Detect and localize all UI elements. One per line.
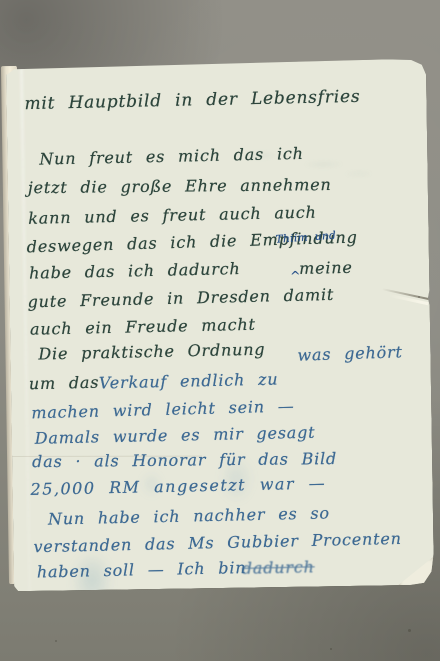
caret-insertion-mark: ^ [290, 270, 301, 282]
handwriting-line: verstanden das Ms Gubbier Procenten [33, 531, 402, 555]
handwriting-line: jetzt die große Ehre annehmen [28, 177, 332, 196]
handwriting-line: mit Hauptbild in der Lebensfries [24, 89, 360, 113]
dust-speck [418, 296, 420, 298]
handwriting-line: 25,000 RM angesetzt war — [30, 475, 326, 497]
handwriting-line: haben soll — Ich bin [37, 560, 247, 581]
handwriting-line: Nun habe ich nachher es so [48, 505, 330, 527]
dust-speck [330, 648, 332, 650]
letter-photograph: mit Hauptbild in der Lebensfries Nun fre… [0, 0, 440, 661]
dog-ear-corner [398, 557, 434, 586]
handwriting-line: das · als Honorar für das Bild [32, 451, 337, 470]
handwriting-line: Die praktische Ordnung [38, 342, 265, 363]
handwriting-line: kann und es freut auch auch [28, 205, 317, 227]
handwriting-line: auch ein Freude macht [30, 317, 256, 338]
struck-out-word: dadurch [242, 559, 315, 577]
dust-speck [55, 640, 57, 642]
handwriting-line: was gehört [297, 344, 403, 363]
handwriting-line: habe das ich dadurch [29, 261, 241, 282]
letter-paper: mit Hauptbild in der Lebensfries Nun fre… [6, 59, 434, 592]
handwriting-line: Verkauf endlich zu [99, 372, 279, 392]
handwriting-line: machen wird leicht sein — [31, 398, 295, 421]
handwriting-line: Damals wurde es mir gesagt [35, 425, 316, 447]
handwriting-line: gute Freunde in Dresden damit [27, 287, 334, 310]
handwriting-line: meine [299, 260, 353, 277]
handwriting-line: um das [29, 375, 100, 393]
dust-speck [408, 629, 411, 632]
